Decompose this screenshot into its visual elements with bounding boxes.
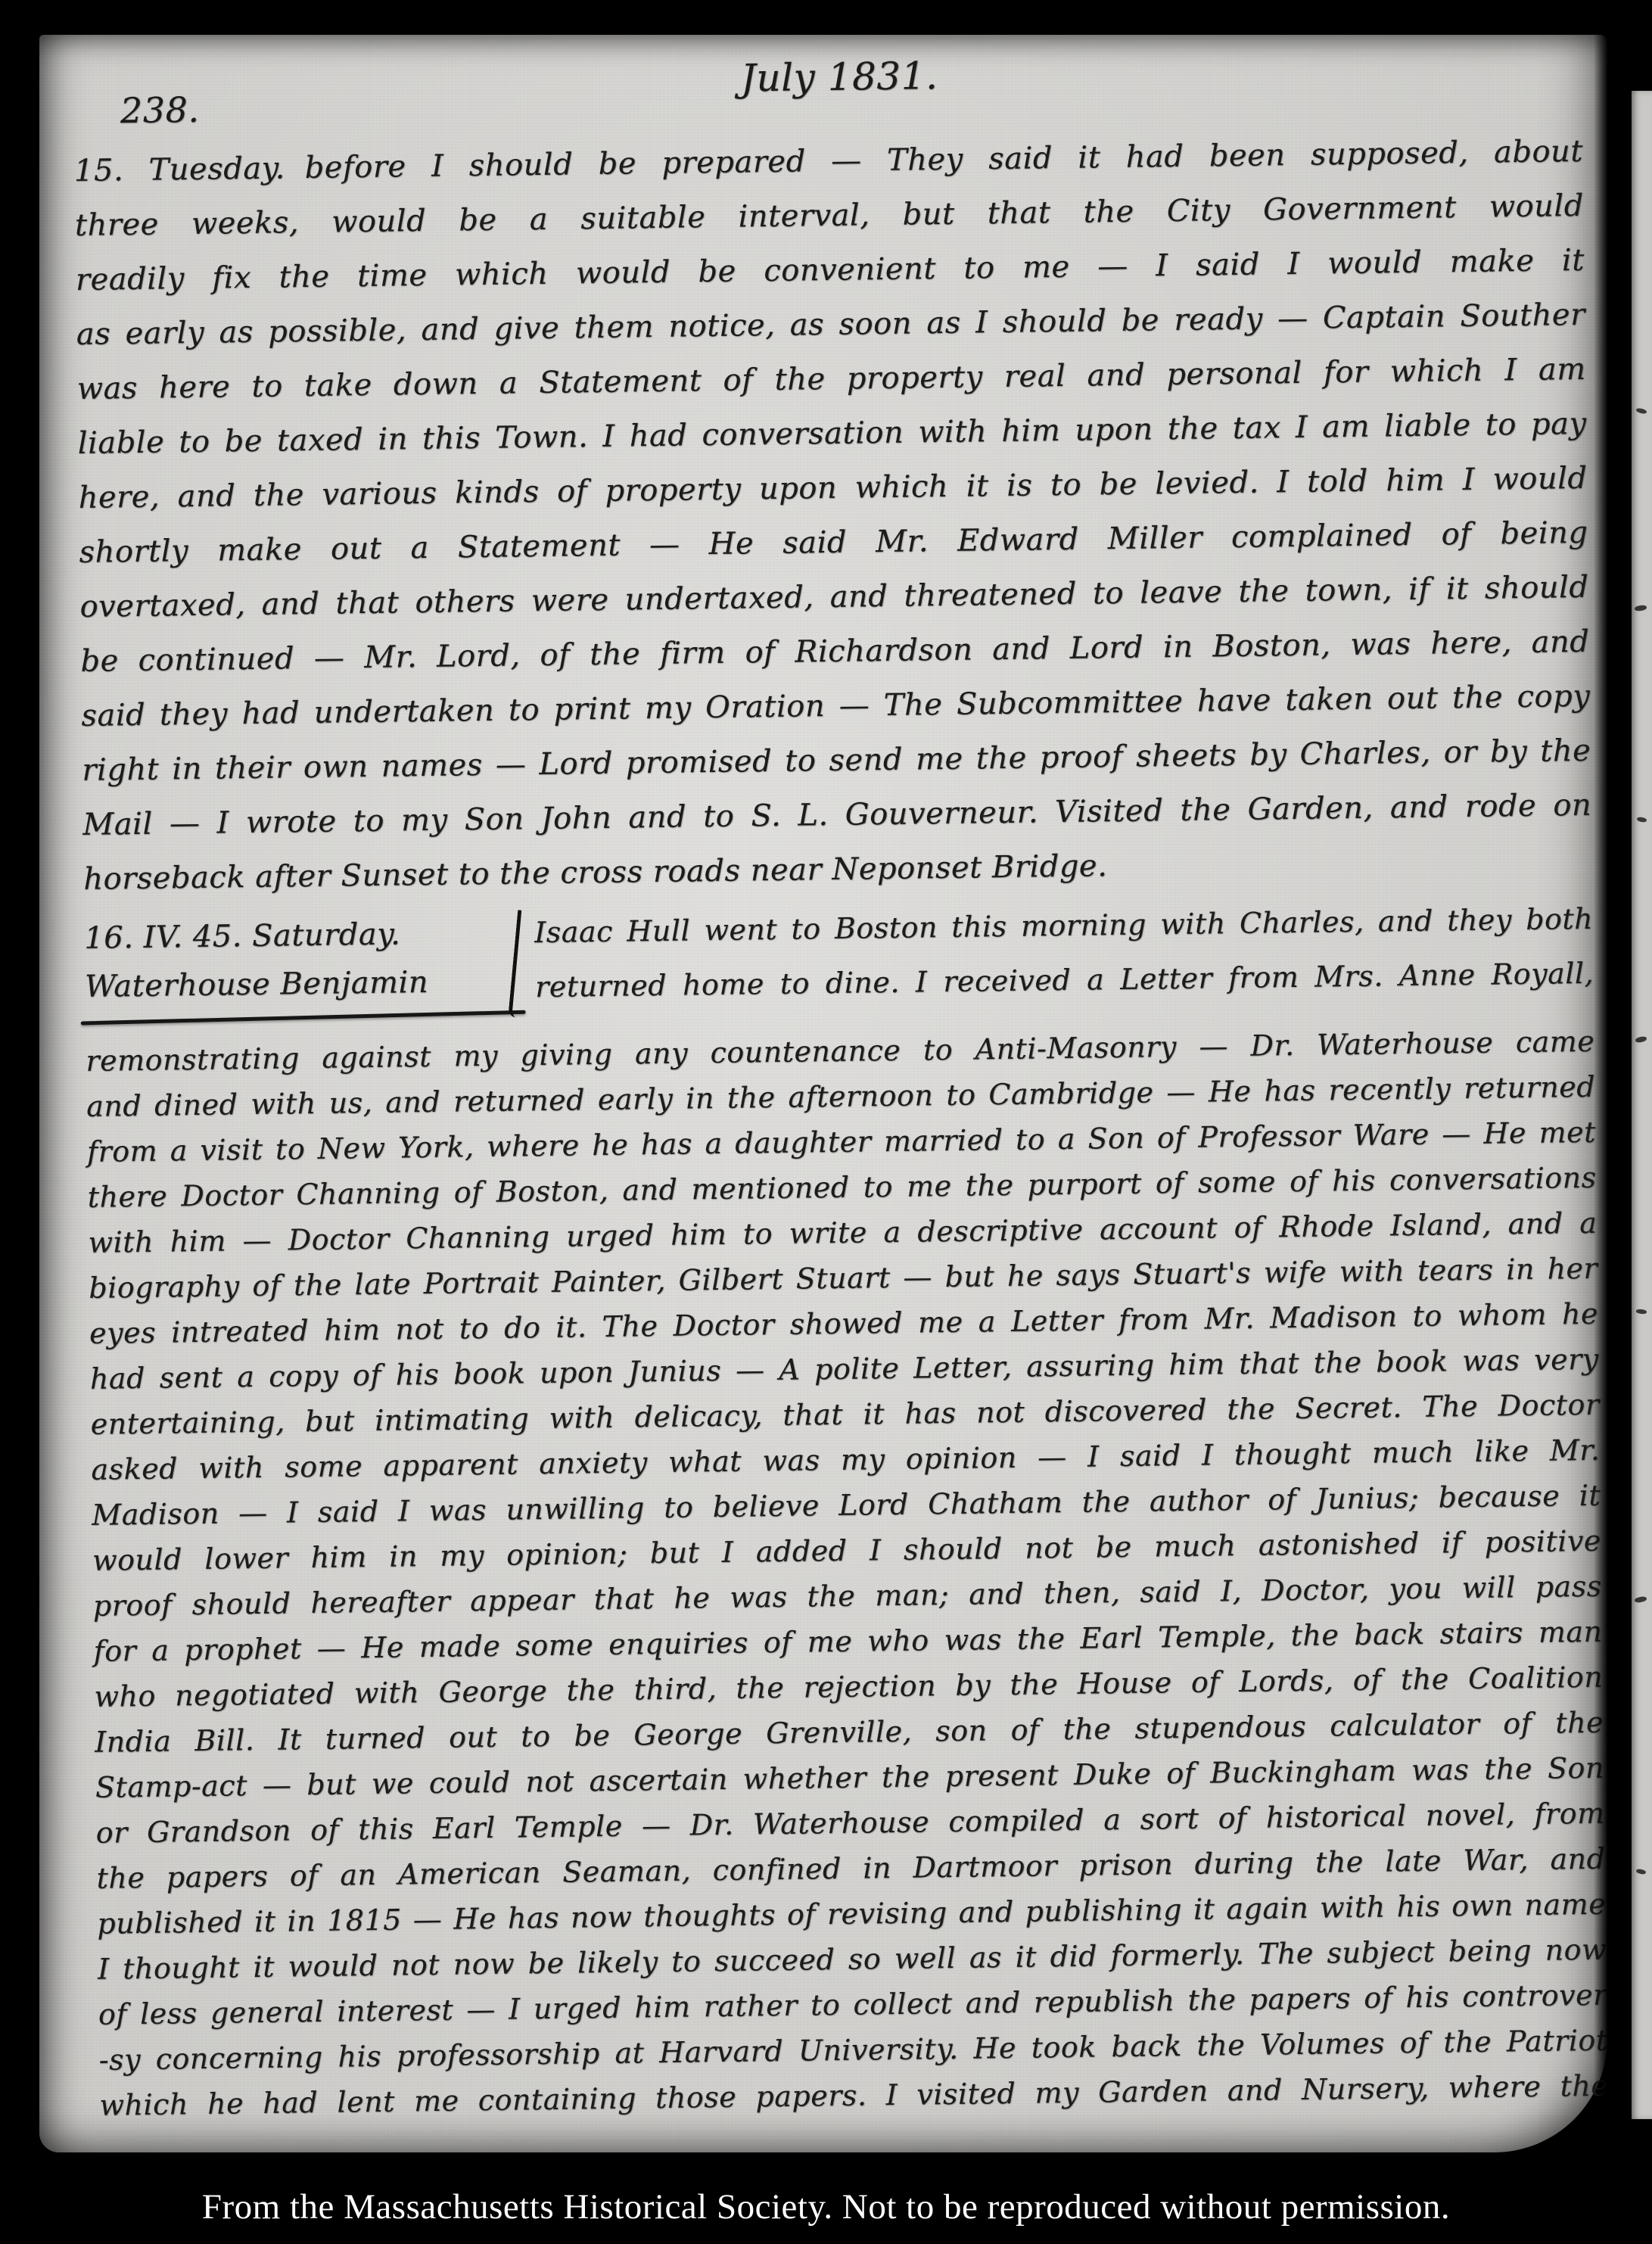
entry-date: 15. Tuesday. [74,151,285,188]
entry-text: before I should be prepared — They said … [304,134,1583,185]
page-number: 238. [120,89,200,131]
diary-entry-july-15: 15. Tuesday.before I should be prepared … [74,124,1593,907]
binding-gutter [1594,0,1635,2244]
facing-page-sliver [1632,91,1652,2119]
ink-fragment [1636,1869,1647,1875]
entry-header: 16. IV. 45. Saturday. Waterhouse Benjami… [84,892,1594,1038]
entry-head-lines: Isaac Hull went to Boston this morning w… [534,892,1594,1014]
entry-name-index: Waterhouse Benjamin [85,957,509,1011]
manuscript-paper: 238. July 1831. 15. Tuesday.before I sho… [39,35,1607,2152]
brace-stroke [508,910,526,1017]
footer-credit: From the Massachusetts Historical Societ… [0,2186,1652,2227]
entry-lines: three weeks, would be a suitable interva… [74,179,1592,907]
ink-fragment [1635,1596,1647,1604]
entry-datebox: 16. IV. 45. Saturday. Waterhouse Benjami… [84,906,509,1011]
ink-fragment [1635,1036,1647,1044]
underline-stroke [81,1010,526,1026]
ink-fragment [1637,817,1647,823]
entry-lines: remonstrating against my giving any coun… [86,1019,1609,2128]
diary-entry-july-16: 16. IV. 45. Saturday. Waterhouse Benjami… [84,892,1609,2128]
ink-fragment [1635,605,1647,612]
ink-fragment [1636,1309,1647,1314]
handwriting-layer: 238. July 1831. 15. Tuesday.before I sho… [73,35,1609,2128]
ink-fragment [1635,407,1647,414]
month-header: July 1831. [740,54,938,100]
entry-date: 16. IV. 45. Saturday. [84,909,509,963]
scanned-diary-page: { "page": { "number": "238.", "month_hea… [0,0,1652,2244]
